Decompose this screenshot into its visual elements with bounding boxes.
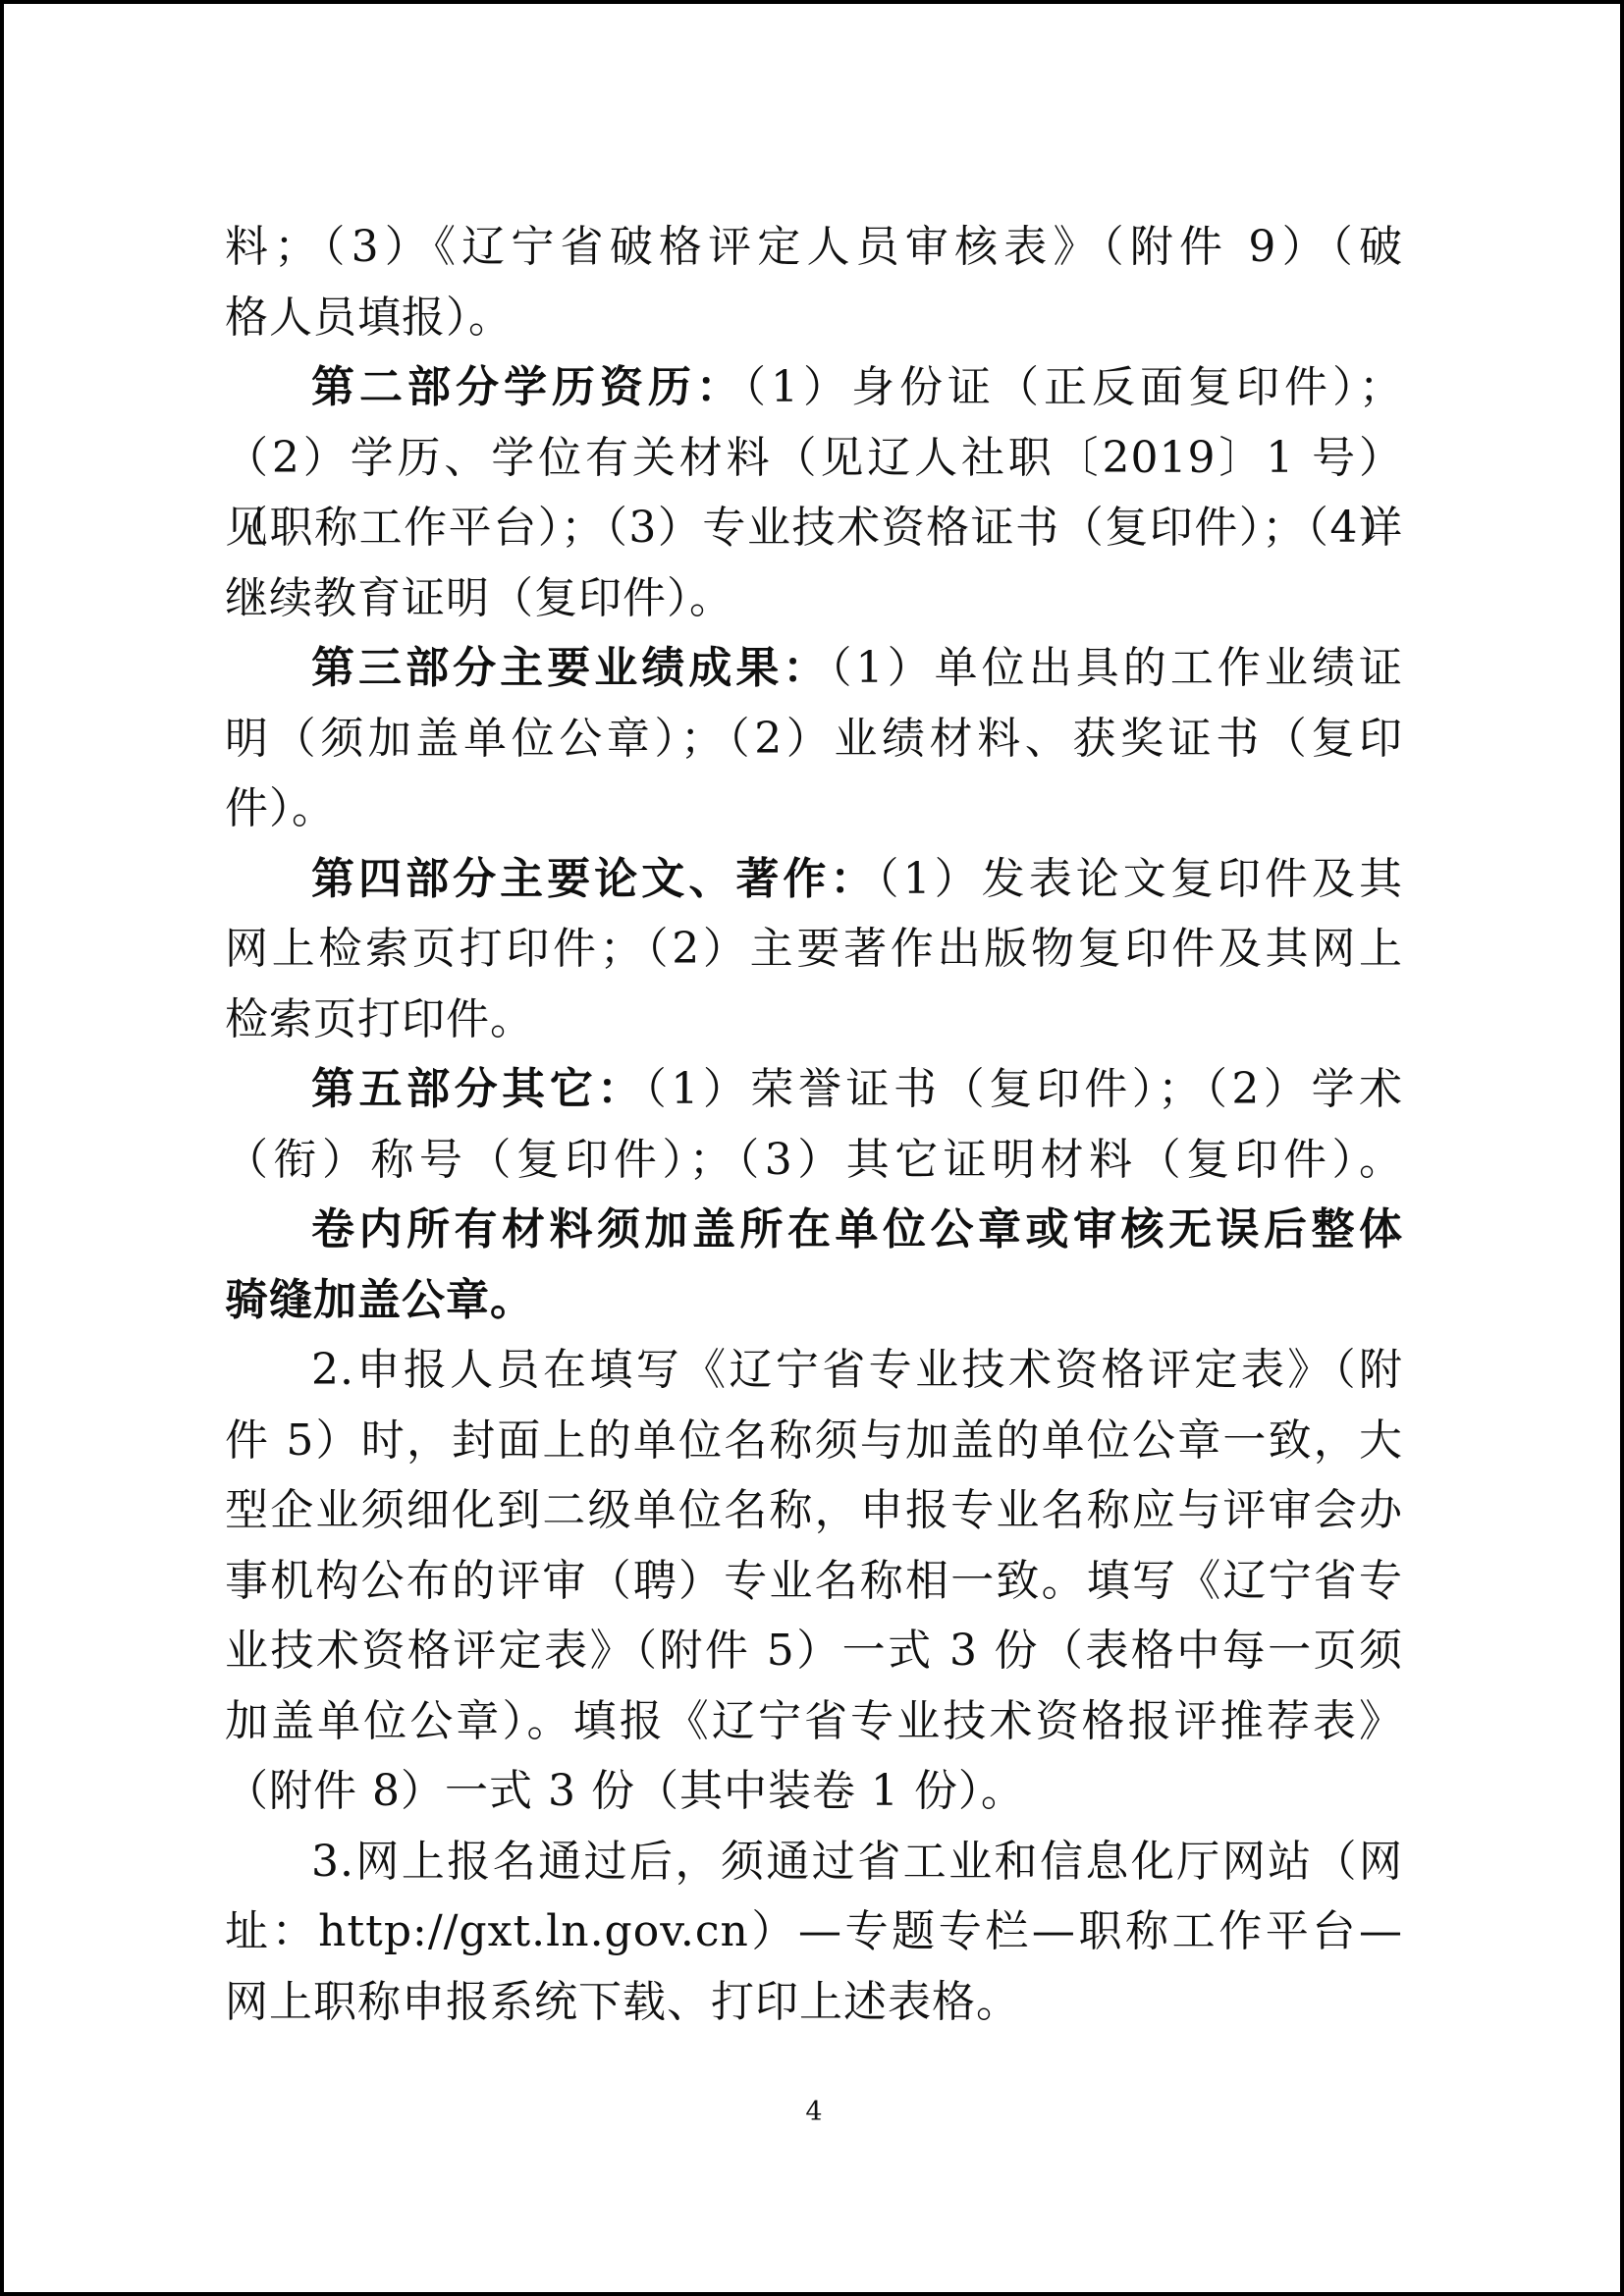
body-text: 3.网上报名通过后，须通过省工业和信息化厅网站（网 — [311, 1837, 1403, 1887]
text-line: 3.网上报名通过后，须通过省工业和信息化厅网站（网 — [225, 1827, 1403, 1897]
body-text: 件）。 — [225, 783, 336, 833]
section-heading-text: 第四部分主要论文、著作： — [311, 854, 878, 904]
body-text: （衔）称号（复印件）；（3）其它证明材料（复印件）。 — [225, 1135, 1403, 1185]
body-text: （附件 8）一式 3 份（其中装卷 1 份）。 — [225, 1766, 1025, 1816]
text-line: （衔）称号（复印件）；（3）其它证明材料（复印件）。 — [225, 1125, 1403, 1196]
section-heading-text: 卷内所有材料须加盖所在单位公章或审核无误后整体 — [311, 1204, 1403, 1255]
text-line: 第二部分学历资历：（1）身份证（正反面复印件）； — [225, 352, 1403, 423]
text-line: 2.申报人员在填写《辽宁省专业技术资格评定表》（附 — [225, 1335, 1403, 1406]
section-heading-text: 第五部分其它： — [311, 1064, 645, 1114]
section-heading-text: 第三部分主要业绩成果： — [311, 643, 830, 693]
body-text: 件 5）时，封面上的单位名称须与加盖的单位公章一致，大 — [225, 1415, 1403, 1466]
text-line: 见职称工作平台）；（3）专业技术资格证书（复印件）；（4） — [225, 493, 1403, 563]
text-line: （附件 8）一式 3 份（其中装卷 1 份）。 — [225, 1756, 1403, 1827]
text-line: 型企业须细化到二级单位名称，申报专业名称应与评审会办 — [225, 1475, 1403, 1546]
body-text: 料；（3）《辽宁省破格评定人员审核表》（附件 9）（破 — [225, 222, 1403, 272]
body-text: 网上职称申报系统下载、打印上述表格。 — [225, 1977, 1020, 2027]
text-line: 网上职称申报系统下载、打印上述表格。 — [225, 1967, 1403, 2038]
body-text: 网上检索页打印件；（2）主要著作出版物复印件及其网上 — [225, 924, 1403, 974]
body-text: 见职称工作平台）；（3）专业技术资格证书（复印件）；（4） — [225, 503, 1403, 553]
body-text: （1）发表论文复印件及其 — [878, 854, 1403, 904]
body-text: 明（须加盖单位公章）；（2）业绩材料、获奖证书（复印 — [225, 714, 1403, 764]
body-text: （1）单位出具的工作业绩证 — [830, 643, 1403, 693]
text-line: 第四部分主要论文、著作：（1）发表论文复印件及其 — [225, 844, 1403, 915]
document-page: { "document": { "language": "zh-CN", "co… — [0, 0, 1624, 2296]
body-text: 格人员填报）。 — [225, 293, 513, 343]
text-line: 网上检索页打印件；（2）主要著作出版物复印件及其网上 — [225, 914, 1403, 985]
text-line: 料；（3）《辽宁省破格评定人员审核表》（附件 9）（破 — [225, 212, 1403, 283]
text-line: 件 5）时，封面上的单位名称须与加盖的单位公章一致，大 — [225, 1406, 1403, 1476]
section-heading-text: 骑缝加盖公章。 — [225, 1275, 534, 1325]
text-line: 事机构公布的评审（聘）专业名称相一致。填写《辽宁省专 — [225, 1546, 1403, 1617]
text-line: 骑缝加盖公章。 — [225, 1265, 1403, 1336]
text-line: 第三部分主要业绩成果：（1）单位出具的工作业绩证 — [225, 633, 1403, 704]
text-line: 继续教育证明（复印件）。 — [225, 563, 1403, 634]
body-text: 业技术资格评定表》（附件 5）一式 3 份（表格中每一页须 — [225, 1626, 1403, 1676]
body-text: （1）荣誉证书（复印件）；（2）学术 — [645, 1064, 1403, 1114]
text-line: 检索页打印件。 — [225, 985, 1403, 1055]
body-text: 检索页打印件。 — [225, 994, 534, 1044]
text-line: 加盖单位公章）。填报《辽宁省专业技术资格报评推荐表》 — [225, 1686, 1403, 1757]
document-body: 料；（3）《辽宁省破格评定人员审核表》（附件 9）（破格人员填报）。第二部分学历… — [225, 212, 1403, 2037]
body-text: 加盖单位公章）。填报《辽宁省专业技术资格报评推荐表》 — [225, 1696, 1403, 1746]
body-text: （1）身份证（正反面复印件）； — [744, 362, 1403, 412]
text-line: 业技术资格评定表》（附件 5）一式 3 份（表格中每一页须 — [225, 1616, 1403, 1686]
body-text: 2.申报人员在填写《辽宁省专业技术资格评定表》（附 — [311, 1345, 1403, 1395]
page-number: 4 — [805, 2097, 822, 2127]
body-text: 继续教育证明（复印件）。 — [225, 573, 733, 623]
text-line: 第五部分其它：（1）荣誉证书（复印件）；（2）学术 — [225, 1054, 1403, 1125]
text-line: 卷内所有材料须加盖所在单位公章或审核无误后整体 — [225, 1195, 1403, 1265]
body-text: 事机构公布的评审（聘）专业名称相一致。填写《辽宁省专 — [225, 1556, 1403, 1606]
page-footer: 4 — [225, 2093, 1403, 2132]
body-text: 型企业须细化到二级单位名称，申报专业名称应与评审会办 — [225, 1485, 1403, 1535]
text-line: （2）学历、学位有关材料（见辽人社职〔2019〕1 号）（详 — [225, 423, 1403, 494]
body-text: 址：http://gxt.ln.gov.cn）—专题专栏—职称工作平台— — [225, 1906, 1403, 1956]
section-heading-text: 第二部分学历资历： — [311, 362, 744, 412]
text-line: 件）。 — [225, 774, 1403, 844]
text-line: 格人员填报）。 — [225, 283, 1403, 353]
text-line: 明（须加盖单位公章）；（2）业绩材料、获奖证书（复印 — [225, 704, 1403, 774]
text-line: 址：http://gxt.ln.gov.cn）—专题专栏—职称工作平台— — [225, 1896, 1403, 1967]
